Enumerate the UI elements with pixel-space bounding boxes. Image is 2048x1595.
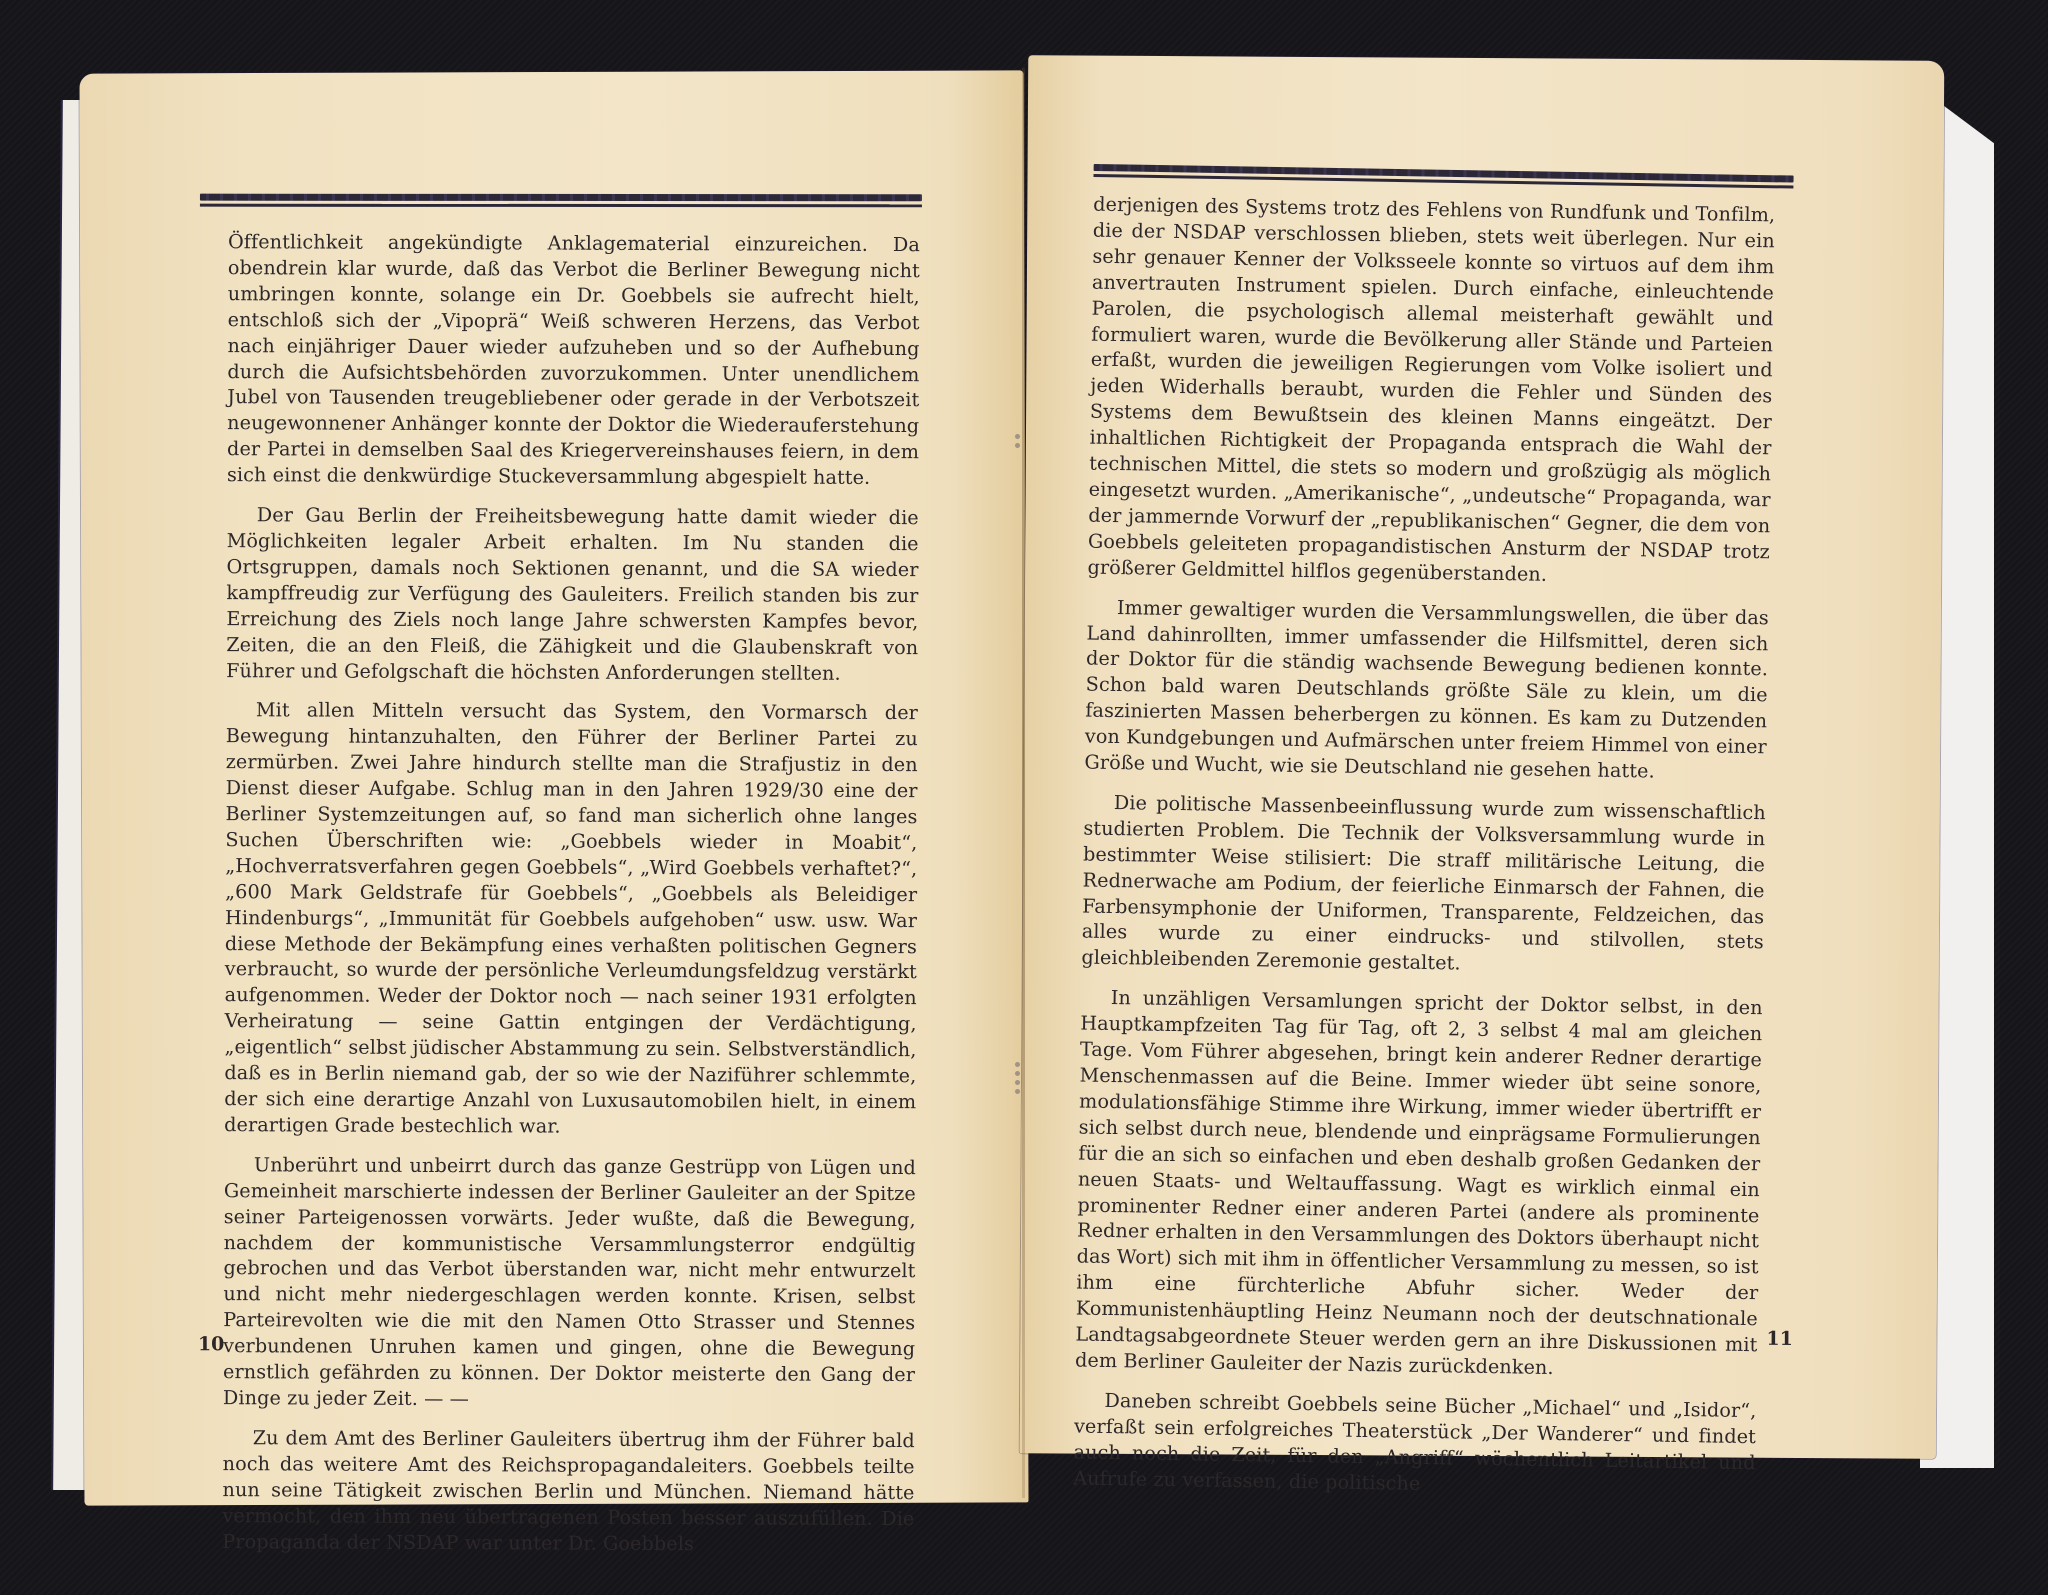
paragraph: Zu dem Amt des Berliner Gauleiters übert… (222, 1425, 915, 1558)
open-booklet: Öffentlichkeit angekündigte Anklagemater… (0, 0, 2048, 1595)
paragraph: Unberührt und unbeirrt durch das ganze G… (223, 1152, 916, 1414)
decorative-header-rule (1093, 164, 1793, 190)
right-page: derjenigen des Systems trotz des Fehlens… (1020, 55, 1945, 1459)
paragraph: derjenigen des Systems trotz des Fehlens… (1087, 192, 1775, 591)
paragraph: Mit allen Mitteln versucht das System, d… (224, 698, 918, 1141)
staple-hole (1015, 1062, 1020, 1067)
staple-holes-bottom (1010, 1058, 1024, 1098)
staple-hole (1015, 1080, 1020, 1085)
spine-fold (1022, 68, 1025, 1498)
page-number: 11 (1766, 1328, 1793, 1350)
rule-thin-band (200, 204, 922, 208)
paragraph: Immer gewaltiger wurden die Versammlungs… (1084, 594, 1769, 786)
paragraph: Daneben schreibt Goebbels seine Bücher „… (1073, 1387, 1757, 1501)
paragraph: Öffentlichkeit angekündigte Anklagemater… (227, 229, 920, 491)
staple-hole (1015, 1089, 1020, 1094)
page-number: 10 (198, 1333, 225, 1355)
left-page: Öffentlichkeit angekündigte Anklagemater… (80, 70, 1029, 1505)
paragraph: Die politische Massenbeeinflussung wurde… (1081, 789, 1766, 981)
paragraph: In unzähligen Versamlungen spricht der D… (1075, 985, 1763, 1384)
right-page-body: derjenigen des Systems trotz des Fehlens… (1073, 192, 1776, 1516)
left-page-body: Öffentlichkeit angekündigte Anklagemater… (222, 229, 920, 1571)
rule-thick-band (200, 194, 922, 202)
staple-hole (1015, 443, 1020, 448)
staple-holes-top (1010, 430, 1024, 452)
decorative-header-rule (200, 194, 922, 209)
staple-hole (1015, 1071, 1020, 1076)
paragraph: Der Gau Berlin der Freiheitsbewegung hat… (226, 502, 919, 686)
staple-hole (1015, 434, 1020, 439)
